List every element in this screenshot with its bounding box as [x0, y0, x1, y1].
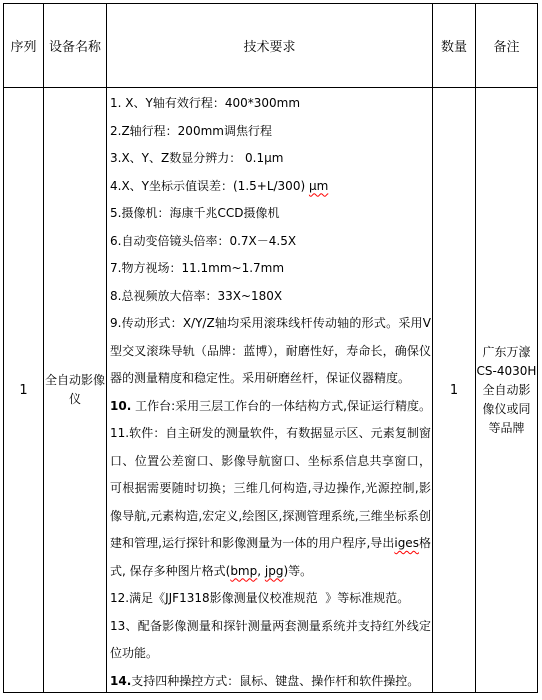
document-page: 序列 设备名称 技术要求 数量 备注 1 全自动影像 仪 1. X、Y轴有效行程… — [0, 0, 542, 700]
tech-requirement-text: , — [257, 564, 265, 578]
tech-requirement-item: 12.满足《JJF1318影像测量仪校准规范 》等标准规范。 — [110, 585, 431, 613]
device-name-line: 仪 — [44, 390, 106, 409]
tech-requirement-text: 5.摄像机：海康千兆CCD摄像机 — [110, 206, 279, 220]
tech-requirement-text: 工作台:采用三层工作台的一体结构方式,保证运行精度。 — [131, 399, 431, 413]
tech-requirement-text: 9.传动形式：X/Y/Z轴均采用滚珠线杆传动轴的形式。采用V型交叉滚珠导轨（品牌… — [110, 316, 431, 385]
note-line: 广东万濠 — [476, 343, 537, 362]
header-note: 备注 — [476, 4, 538, 88]
note-line: 像仪或同 — [476, 400, 537, 419]
tech-requirement-item: 9.传动形式：X/Y/Z轴均采用滚珠线杆传动轴的形式。采用V型交叉滚珠导轨（品牌… — [110, 310, 431, 393]
tech-requirement-item: 13、配备影像测量和探针测量两套测量系统并支持红外线定位功能。 — [110, 613, 431, 668]
note-line: 全自动影 — [476, 381, 537, 400]
tech-requirement-text: 7.物方视场：11.1mm~1.7mm — [110, 261, 284, 275]
tech-requirement-text: 3.X、Y、Z数显分辨力： 0.1μm — [110, 151, 283, 165]
tech-requirement-text: 14. — [110, 674, 131, 688]
equipment-requirements-table: 序列 设备名称 技术要求 数量 备注 1 全自动影像 仪 1. X、Y轴有效行程… — [3, 3, 538, 693]
tech-requirement-text: 12.满足《JJF1318影像测量仪校准规范 》等标准规范。 — [110, 591, 409, 605]
header-seq: 序列 — [4, 4, 44, 88]
tech-requirement-item: 14.支持四种操控方式：鼠标、键盘、操作杆和软件操控。 — [110, 668, 431, 693]
cell-tech-requirements: 1. X、Y轴有效行程：400*300mm2.Z轴行程：200mm调焦行程3.X… — [107, 88, 433, 693]
note-line: CS-4030H — [476, 362, 537, 381]
tech-requirement-item: 3.X、Y、Z数显分辨力： 0.1μm — [110, 145, 431, 173]
tech-requirement-text: 4.X、Y坐标示值误差：(1.5+L/300) — [110, 179, 309, 193]
tech-requirements-content: 1. X、Y轴有效行程：400*300mm2.Z轴行程：200mm调焦行程3.X… — [107, 88, 432, 692]
tech-requirement-text: 6.自动变倍镜头倍率：0.7X－4.5X — [110, 234, 296, 248]
tech-requirement-text: 11.软件：自主研发的测量软件，有数据显示区、元素复制窗口、位置公差窗口、影像导… — [110, 426, 431, 550]
header-qty: 数量 — [433, 4, 476, 88]
tech-requirement-item: 11.软件：自主研发的测量软件，有数据显示区、元素复制窗口、位置公差窗口、影像导… — [110, 420, 431, 585]
tech-requirement-item: 4.X、Y坐标示值误差：(1.5+L/300) μm — [110, 173, 431, 201]
tech-requirement-text: 10. — [110, 399, 131, 413]
device-name-line: 全自动影像 — [44, 371, 106, 390]
tech-requirement-text: 2.Z轴行程：200mm调焦行程 — [110, 124, 272, 138]
tech-requirement-text: )等。 — [283, 564, 312, 578]
cell-quantity: 1 — [433, 88, 476, 693]
tech-requirement-item: 8.总视频放大倍率：33X~180X — [110, 283, 431, 311]
cell-device-name: 全自动影像 仪 — [44, 88, 107, 693]
cell-sequence: 1 — [4, 88, 44, 693]
header-tech-requirements: 技术要求 — [107, 4, 433, 88]
tech-requirement-text: 8.总视频放大倍率：33X~180X — [110, 289, 282, 303]
spellcheck-flagged-text: jpg — [265, 564, 284, 578]
tech-requirement-text: 1. X、Y轴有效行程：400*300mm — [110, 96, 300, 110]
tech-requirement-item: 7.物方视场：11.1mm~1.7mm — [110, 255, 431, 283]
spellcheck-flagged-text: μm — [309, 179, 328, 193]
cell-note: 广东万濠 CS-4030H 全自动影 像仪或同 等品牌 — [476, 88, 538, 693]
header-device-name: 设备名称 — [44, 4, 107, 88]
equipment-row: 1 全自动影像 仪 1. X、Y轴有效行程：400*300mm2.Z轴行程：20… — [4, 88, 538, 693]
tech-requirement-item: 2.Z轴行程：200mm调焦行程 — [110, 118, 431, 146]
note-line: 等品牌 — [476, 419, 537, 438]
spellcheck-flagged-text: iges — [394, 536, 419, 550]
header-row: 序列 设备名称 技术要求 数量 备注 — [4, 4, 538, 88]
tech-requirement-item: 5.摄像机：海康千兆CCD摄像机 — [110, 200, 431, 228]
tech-requirement-item: 1. X、Y轴有效行程：400*300mm — [110, 90, 431, 118]
spellcheck-flagged-text: bmp — [230, 564, 257, 578]
tech-requirement-item: 6.自动变倍镜头倍率：0.7X－4.5X — [110, 228, 431, 256]
tech-requirement-text: 13、配备影像测量和探针测量两套测量系统并支持红外线定位功能。 — [110, 619, 431, 661]
tech-requirement-text: 支持四种操控方式：鼠标、键盘、操作杆和软件操控。 — [131, 674, 419, 688]
tech-requirement-item: 10. 工作台:采用三层工作台的一体结构方式,保证运行精度。 — [110, 393, 431, 421]
